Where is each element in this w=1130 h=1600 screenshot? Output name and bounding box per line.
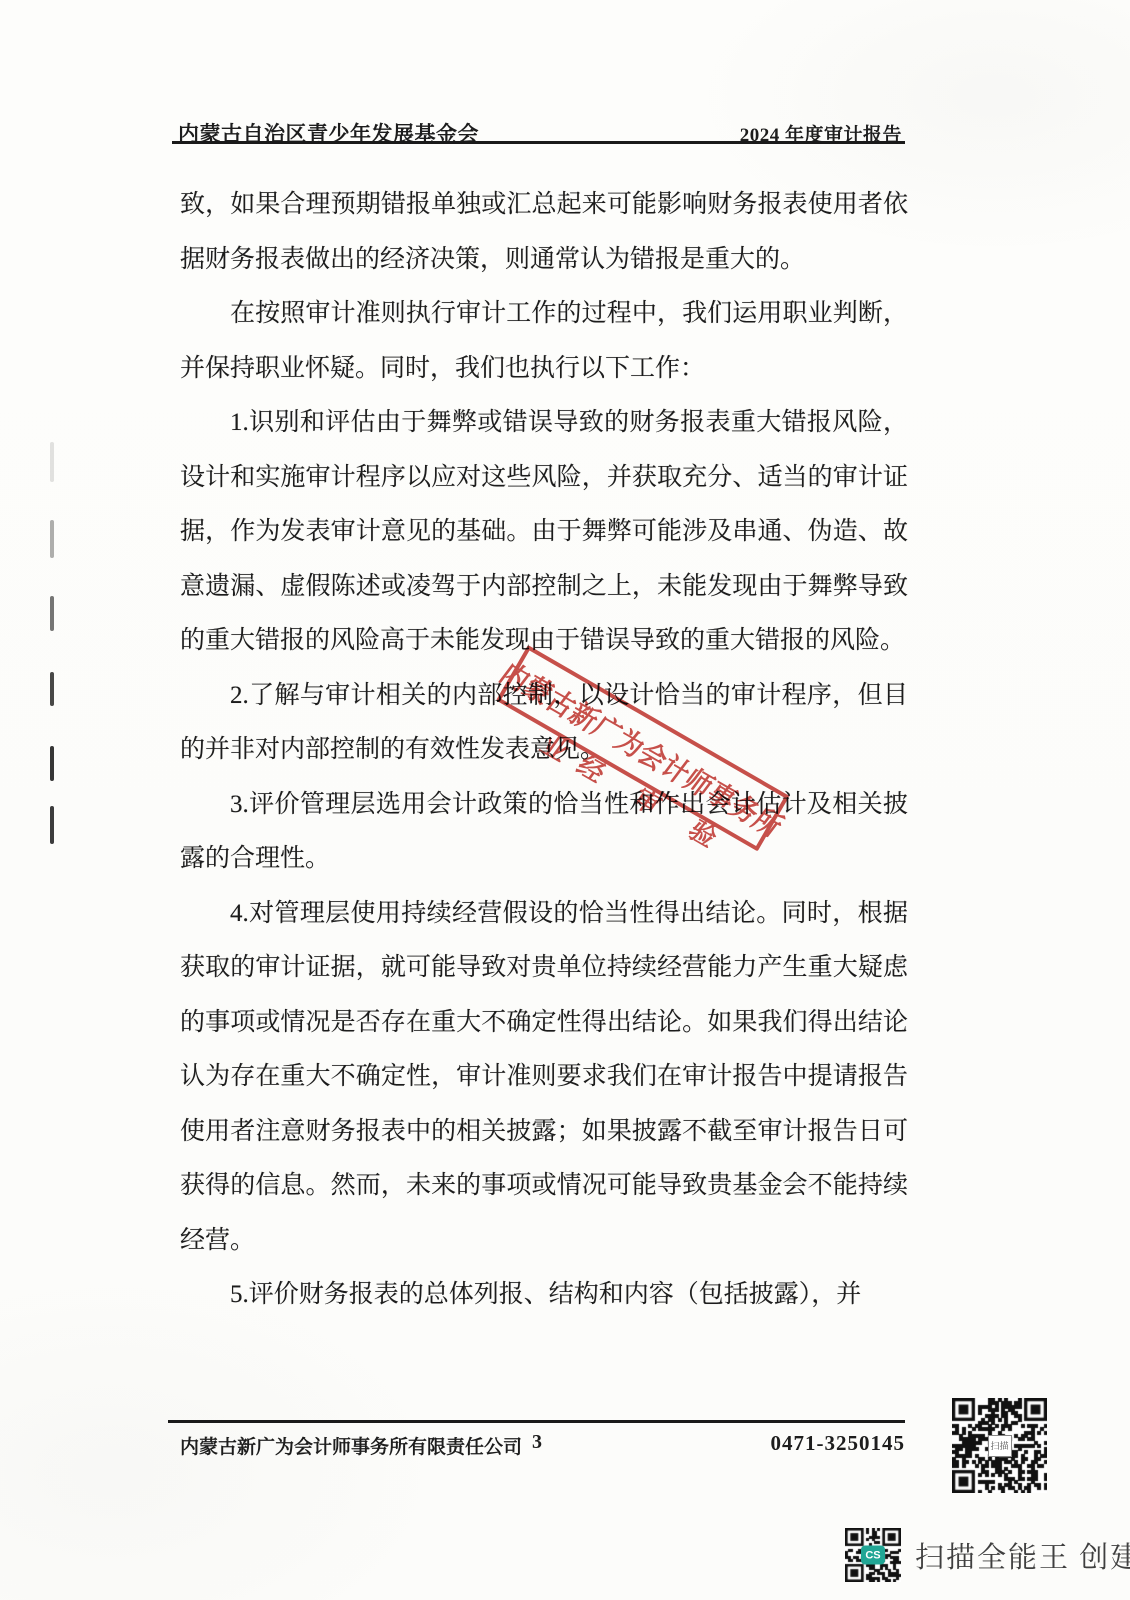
header-divider-line xyxy=(172,141,905,144)
paragraph: 在按照审计准则执行审计工作的过程中，我们运用职业判断，并保持职业怀疑。同时，我们… xyxy=(180,287,908,396)
paragraph: 5.评价财务报表的总体列报、结构和内容（包括披露），并 xyxy=(180,1268,908,1323)
camscanner-watermark-text: 扫描全能王 创建 xyxy=(915,1535,1130,1576)
scan-artifact-dash xyxy=(50,442,54,482)
paragraph: 致，如果合理预期错报单独或汇总起来可能影响财务报表使用者依据财务报表做出的经济决… xyxy=(180,178,908,287)
camscanner-qr-icon: CS xyxy=(845,1528,901,1582)
document-body-text: 致，如果合理预期错报单独或汇总起来可能影响财务报表使用者依据财务报表做出的经济决… xyxy=(180,178,908,1323)
scan-artifact-dash xyxy=(50,596,54,631)
page-number: 3 xyxy=(532,1431,542,1454)
camscanner-cs-badge: CS xyxy=(861,1546,885,1565)
scan-artifact-dash xyxy=(50,806,54,844)
scan-artifact-dash xyxy=(50,746,54,781)
footer-divider-line xyxy=(168,1420,905,1423)
paragraph: 2.了解与审计相关的内部控制，以设计恰当的审计程序，但目的并非对内部控制的有效性… xyxy=(180,669,908,778)
qr-code: 扫描 xyxy=(952,1398,1047,1493)
scan-artifact-dash xyxy=(50,520,54,558)
paragraph: 4.对管理层使用持续经营假设的恰当性得出结论。同时，根据获取的审计证据，就可能导… xyxy=(180,887,908,1269)
footer-firm-name: 内蒙古新广为会计师事务所有限责任公司 xyxy=(180,1432,522,1459)
footer-phone-number: 0471-3250145 xyxy=(771,1431,906,1456)
scan-artifact-dash xyxy=(50,672,54,706)
qr-center-logo: 扫描 xyxy=(988,1435,1012,1457)
paragraph: 1.识别和评估由于舞弊或错误导致的财务报表重大错报风险，设计和实施审计程序以应对… xyxy=(180,396,908,669)
scanned-audit-report-page: 内蒙古自治区青少年发展基金会 2024 年度审计报告 致，如果合理预期错报单独或… xyxy=(0,0,1130,1600)
camscanner-watermark: CS 扫描全能王 创建 xyxy=(845,1526,1130,1584)
paragraph: 3.评价管理层选用会计政策的恰当性和作出会计估计及相关披露的合理性。 xyxy=(180,778,908,887)
